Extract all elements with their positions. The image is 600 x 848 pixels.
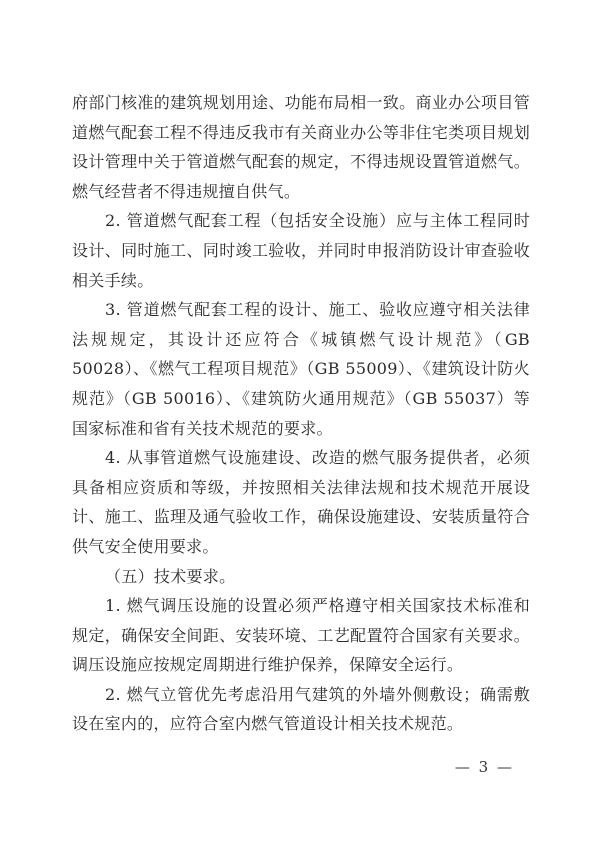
body-paragraph: 3. 管道燃气配套工程的设计、施工、验收应遵守相关法律法规规定，其设计还应符合《… bbox=[72, 295, 530, 443]
body-paragraph: 4. 从事管道燃气设施建设、改造的燃气服务提供者，必须具备相应资质和等级，并按照… bbox=[72, 443, 530, 561]
body-paragraph: 2. 燃气立管优先考虑沿用气建筑的外墙外侧敷设；确需敷设在室内的，应符合室内燃气… bbox=[72, 680, 530, 739]
document-page: { "page": { "number_label": "— 3 —", "ba… bbox=[0, 0, 600, 848]
section-heading: （五）技术要求。 bbox=[72, 562, 530, 592]
page-body: 府部门核准的建筑规划用途、功能布局相一致。商业办公项目管道燃气配套工程不得违反我… bbox=[72, 88, 530, 739]
page: 府部门核准的建筑规划用途、功能布局相一致。商业办公项目管道燃气配套工程不得违反我… bbox=[0, 0, 600, 848]
body-paragraph: 府部门核准的建筑规划用途、功能布局相一致。商业办公项目管道燃气配套工程不得违反我… bbox=[72, 88, 530, 206]
body-paragraph: 2. 管道燃气配套工程（包括安全设施）应与主体工程同时设计、同时施工、同时竣工验… bbox=[72, 206, 530, 295]
body-paragraph: 1. 燃气调压设施的设置必须严格遵守相关国家技术标准和规定，确保安全间距、安装环… bbox=[72, 591, 530, 680]
page-number: — 3 — bbox=[455, 758, 514, 776]
